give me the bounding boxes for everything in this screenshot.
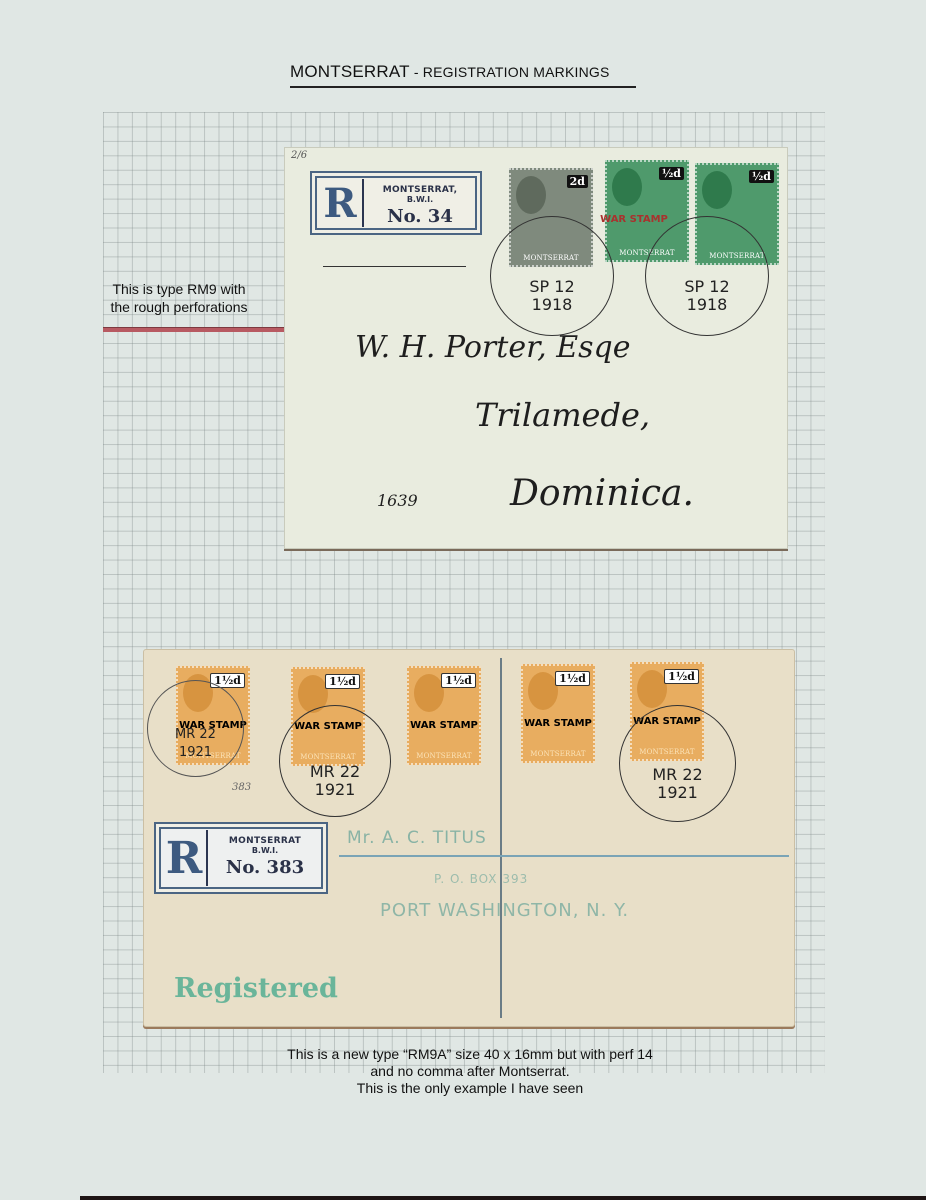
stamp-country: MONTSERRAT [526, 750, 590, 758]
note-rm9: This is type RM9 with the rough perforat… [96, 280, 262, 316]
postmark-date: MR 22 [310, 763, 360, 781]
stamp-value: ½d [659, 167, 684, 180]
postmark-year: 1918 [687, 296, 728, 314]
registration-cross-horizontal [339, 855, 789, 857]
address-line: PORT WASHINGTON, N. Y. [380, 900, 629, 921]
stamp-value: 1½d [664, 669, 699, 684]
address-line: Dominica. [510, 473, 694, 514]
stamp-value: 2d [567, 175, 588, 188]
postmark: MR 22 1921 [619, 705, 736, 822]
registration-label: R MONTSERRAT, B.W.I. No. 34 [310, 171, 482, 235]
label-line1: MONTSERRAT [210, 836, 320, 846]
address-line: W. H. Porter, Esqe [355, 330, 630, 365]
postmark-year: 1921 [315, 781, 356, 799]
stamp-value: 1½d [555, 671, 590, 686]
king-portrait-icon [702, 171, 732, 209]
label-line2: B.W.I. [210, 846, 320, 855]
manuscript-line [323, 266, 466, 267]
stamp-value: ½d [749, 170, 774, 183]
postmark: MR 22 1921 [147, 680, 244, 777]
label-line2: B.W.I. [366, 195, 474, 204]
label-number: No. 34 [366, 206, 474, 227]
address-line: P. O. BOX 393 [434, 872, 528, 886]
postmark-date: MR 22 [175, 726, 216, 744]
postmark-year: 1921 [179, 744, 212, 762]
pointer-rule [103, 327, 286, 332]
king-portrait-icon [637, 670, 667, 708]
king-portrait-icon [516, 176, 546, 214]
stamp-overprint: WAR STAMP [599, 214, 669, 225]
postmark-year: 1918 [532, 296, 573, 314]
label-line1: MONTSERRAT, [366, 185, 474, 195]
note-rm9a-line: and no comma after Montserrat. [240, 1063, 700, 1080]
page-edge-shadow [80, 1196, 926, 1200]
address-line: Trilamede, [475, 396, 650, 434]
title-underline [290, 86, 636, 88]
note-rm9-line: This is type RM9 with [96, 280, 262, 298]
stamp-war: 1½d WAR STAMP MONTSERRAT [521, 664, 595, 763]
registered-handstamp: Registered [174, 973, 338, 1004]
note-rm9a-line: This is a new type “RM9A” size 40 x 16mm… [240, 1046, 700, 1063]
stamp-value: 1½d [441, 673, 476, 688]
ref-number: 1639 [377, 491, 418, 510]
king-portrait-icon [612, 168, 642, 206]
label-text: MONTSERRAT B.W.I. No. 383 [210, 830, 320, 886]
postmark-year: 1921 [657, 784, 698, 802]
address-line: Mr. A. C. TITUS [347, 828, 487, 848]
postmark-date: MR 22 [652, 766, 702, 784]
page-title: MONTSERRAT - REGISTRATION MARKINGS [290, 62, 610, 82]
king-portrait-icon [528, 672, 558, 710]
r-letter: R [162, 830, 208, 886]
title-sub: REGISTRATION MARKINGS [423, 64, 610, 80]
postmark: SP 12 1918 [490, 216, 614, 336]
r-letter: R [318, 179, 364, 227]
note-rm9a-line: This is the only example I have seen [240, 1080, 700, 1097]
album-page: MONTSERRAT - REGISTRATION MARKINGS This … [0, 0, 926, 1200]
cover-1918: 2/6 R MONTSERRAT, B.W.I. No. 34 2d MONTS… [284, 147, 788, 549]
stamp-overprint: WAR STAMP [523, 718, 593, 729]
king-portrait-icon [414, 674, 444, 712]
title-sep: - [410, 64, 423, 80]
label-text: MONTSERRAT, B.W.I. No. 34 [366, 179, 474, 227]
postmark: MR 22 1921 [279, 705, 391, 817]
pencil-note: 2/6 [291, 150, 307, 161]
registration-cross-vertical [500, 658, 502, 1018]
stamp-value: 1½d [325, 674, 360, 689]
postmark-date: SP 12 [529, 278, 574, 296]
note-rm9a: This is a new type “RM9A” size 40 x 16mm… [240, 1046, 700, 1097]
registration-label: R MONTSERRAT B.W.I. No. 383 [154, 822, 328, 894]
cover-1921: 1½d WAR STAMP MONTSERRAT 1½d WAR STAMP M… [143, 649, 795, 1027]
postmark: SP 12 1918 [645, 216, 769, 336]
postmark-date: SP 12 [684, 278, 729, 296]
stamp-country: MONTSERRAT [412, 752, 476, 760]
pencil-note: 383 [232, 782, 251, 793]
stamp-overprint: WAR STAMP [409, 720, 479, 731]
note-rm9-line: the rough perforations [96, 298, 262, 316]
label-number: No. 383 [210, 857, 320, 878]
stamp-war: 1½d WAR STAMP MONTSERRAT [407, 666, 481, 765]
title-main: MONTSERRAT [290, 62, 410, 81]
